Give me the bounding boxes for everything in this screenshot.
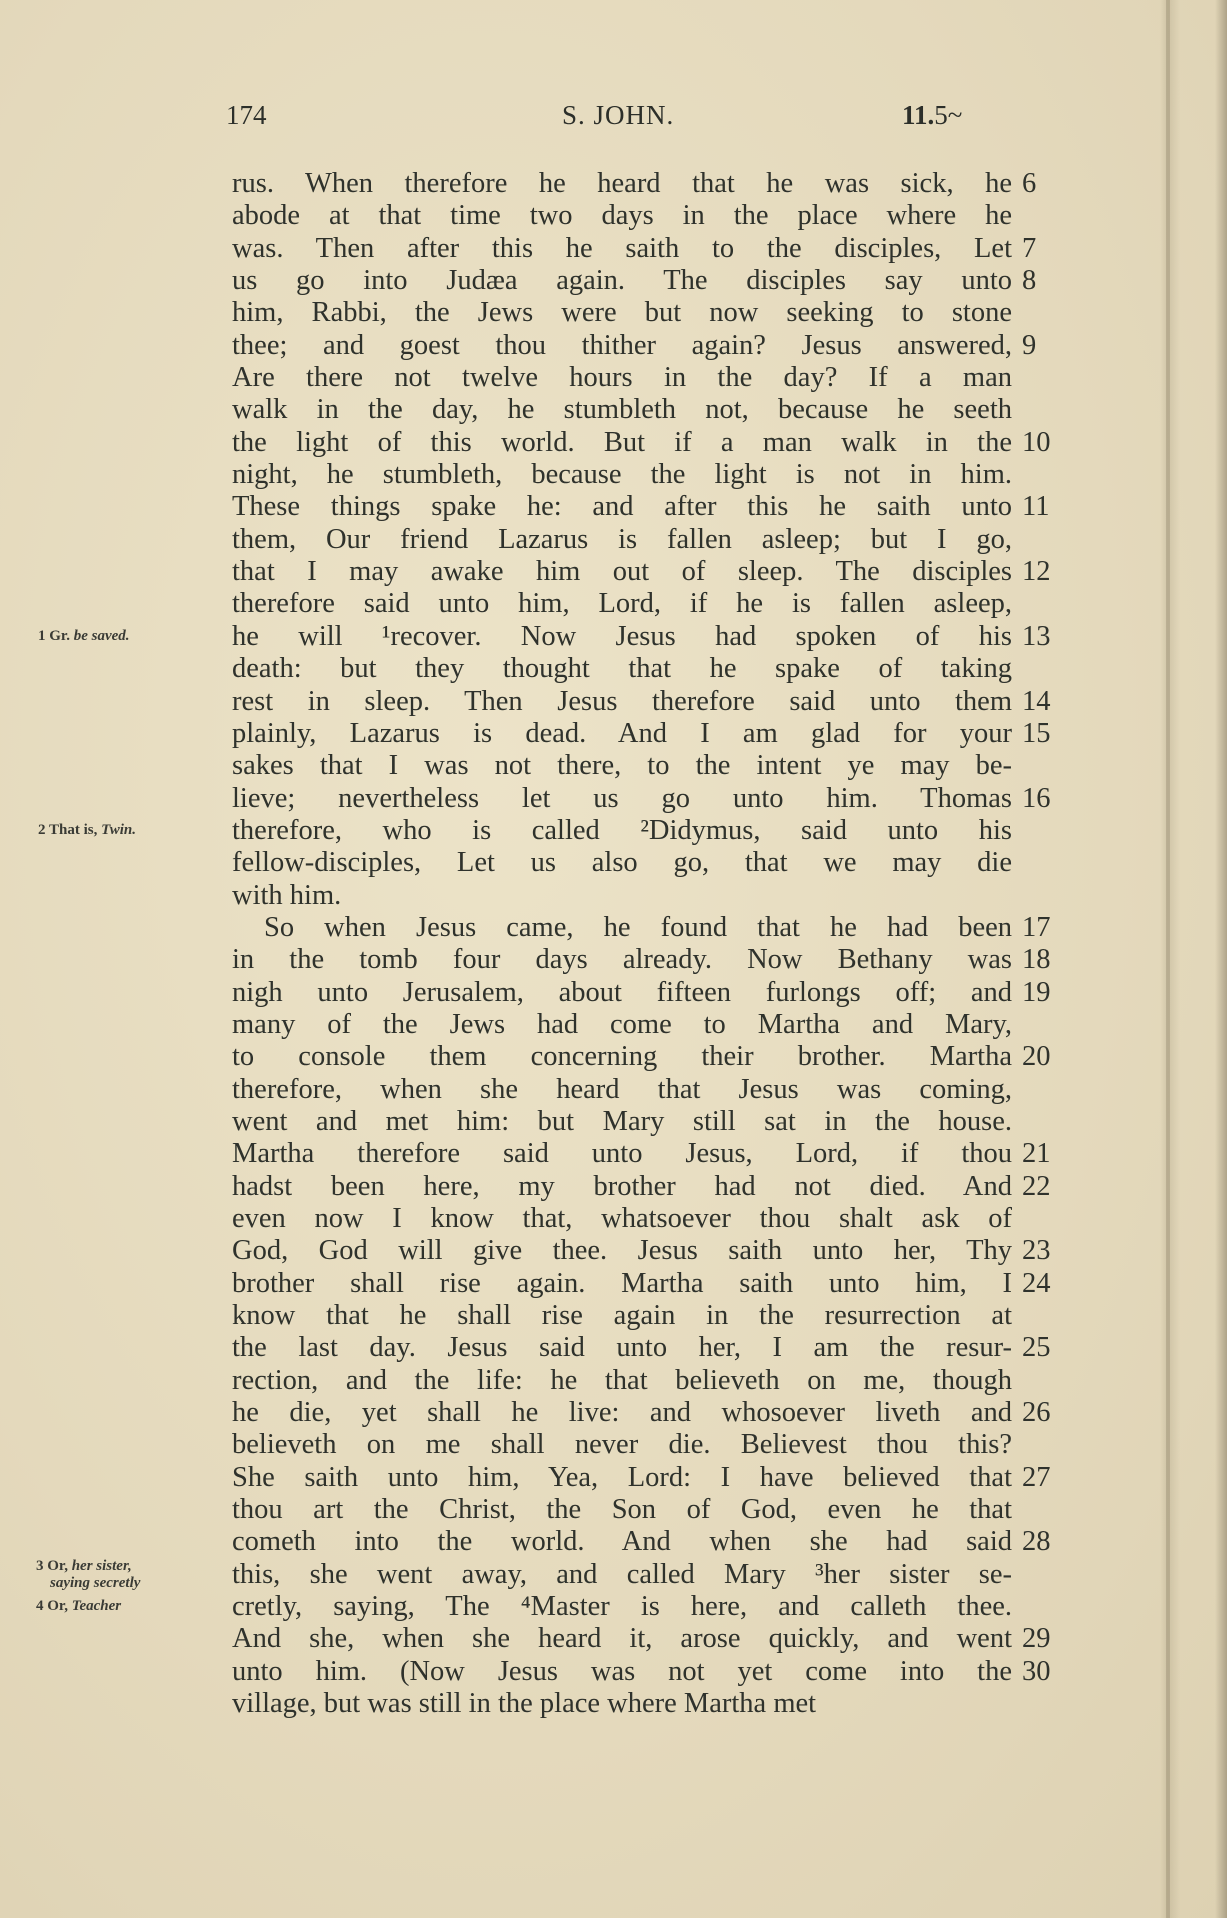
text-line: God, God will give thee. Jesus saith unt… bbox=[232, 1235, 1062, 1267]
running-header: 174 S. JOHN. 11.5~ bbox=[226, 100, 1026, 140]
text-line: lieve; nevertheless let us go unto him. … bbox=[232, 783, 1062, 815]
line-text: went and met him: but Mary still sat in … bbox=[232, 1106, 1012, 1138]
text-line: She saith unto him, Yea, Lord: I have be… bbox=[232, 1462, 1062, 1494]
line-text: rest in sleep. Then Jesus therefore said… bbox=[232, 686, 1012, 718]
line-text: with him. bbox=[232, 880, 1012, 912]
line-text: was. Then after this he saith to the dis… bbox=[232, 233, 1012, 265]
verse-number: 13 bbox=[1022, 621, 1051, 653]
verse-number: 27 bbox=[1022, 1462, 1051, 1494]
text-line: this, she went away, and called Mary ³he… bbox=[232, 1559, 1062, 1591]
verse-number: 26 bbox=[1022, 1397, 1051, 1429]
line-text: them, Our friend Lazarus is fallen aslee… bbox=[232, 524, 1012, 556]
line-text: death: but they thought that he spake of… bbox=[232, 653, 1012, 685]
text-line: unto him. (Now Jesus was not yet come in… bbox=[232, 1656, 1062, 1688]
text-line: sakes that I was not there, to the inten… bbox=[232, 750, 1062, 782]
text-line: These things spake he: and after this he… bbox=[232, 491, 1062, 523]
verse-number: 23 bbox=[1022, 1235, 1051, 1267]
text-line: he die, yet shall he live: and whosoever… bbox=[232, 1397, 1062, 1429]
chapter-verse-reference: 11.5~ bbox=[902, 100, 962, 131]
text-line: cometh into the world. And when she had … bbox=[232, 1526, 1062, 1558]
line-text: village, but was still in the place wher… bbox=[232, 1688, 1012, 1720]
text-line: the light of this world. But if a man wa… bbox=[232, 427, 1062, 459]
text-line: cretly, saying, The ⁴Master is here, and… bbox=[232, 1591, 1062, 1623]
line-text: God, God will give thee. Jesus saith unt… bbox=[232, 1235, 1012, 1267]
text-line: rest in sleep. Then Jesus therefore said… bbox=[232, 686, 1062, 718]
text-line: them, Our friend Lazarus is fallen aslee… bbox=[232, 524, 1062, 556]
text-line: hadst been here, my brother had not died… bbox=[232, 1171, 1062, 1203]
line-text: therefore, who is called ²Didymus, said … bbox=[232, 815, 1012, 847]
chapter-number: 11. bbox=[902, 100, 934, 130]
line-text: thou art the Christ, the Son of God, eve… bbox=[232, 1494, 1012, 1526]
note-prefix: Gr. bbox=[49, 628, 70, 644]
line-text: plainly, Lazarus is dead. And I am glad … bbox=[232, 718, 1012, 750]
line-text: sakes that I was not there, to the inten… bbox=[232, 750, 1012, 782]
verse-number: 12 bbox=[1022, 556, 1051, 588]
text-line: in the tomb four days already. Now Betha… bbox=[232, 944, 1062, 976]
line-text: rection, and the life: he that believeth… bbox=[232, 1365, 1012, 1397]
verse-number: 17 bbox=[1022, 912, 1051, 944]
line-text: believeth on me shall never die. Believe… bbox=[232, 1429, 1012, 1461]
line-text: therefore said unto him, Lord, if he is … bbox=[232, 588, 1012, 620]
text-line: the last day. Jesus said unto her, I am … bbox=[232, 1332, 1062, 1364]
text-line: that I may awake him out of sleep. The d… bbox=[232, 556, 1062, 588]
verse-number: 14 bbox=[1022, 686, 1051, 718]
verse-number: 24 bbox=[1022, 1268, 1051, 1300]
text-line: brother shall rise again. Martha saith u… bbox=[232, 1268, 1062, 1300]
line-text: know that he shall rise again in the res… bbox=[232, 1300, 1012, 1332]
verse-number: 7 bbox=[1022, 233, 1036, 265]
text-line: nigh unto Jerusalem, about fifteen furlo… bbox=[232, 977, 1062, 1009]
note-italic-text: her sister, bbox=[72, 1558, 132, 1574]
margin-note-2: 2 That is, Twin. bbox=[38, 822, 136, 839]
text-line: many of the Jews had come to Martha and … bbox=[232, 1009, 1062, 1041]
text-line: to console them concerning their brother… bbox=[232, 1041, 1062, 1073]
text-line: village, but was still in the place wher… bbox=[232, 1688, 1062, 1720]
margin-note-1: 1 Gr. be saved. bbox=[38, 628, 130, 645]
text-line: us go into Judæa again. The disciples sa… bbox=[232, 265, 1062, 297]
text-line: therefore, who is called ²Didymus, said … bbox=[232, 815, 1062, 847]
line-text: even now I know that, whatsoever thou sh… bbox=[232, 1203, 1012, 1235]
line-text: unto him. (Now Jesus was not yet come in… bbox=[232, 1656, 1012, 1688]
verse-number: 10 bbox=[1022, 427, 1051, 459]
text-line: Are there not twelve hours in the day? I… bbox=[232, 362, 1062, 394]
line-text: And she, when she heard it, arose quickl… bbox=[232, 1623, 1012, 1655]
text-line: thee; and goest thou thither again? Jesu… bbox=[232, 330, 1062, 362]
text-line: thou art the Christ, the Son of God, eve… bbox=[232, 1494, 1062, 1526]
text-line: abode at that time two days in the place… bbox=[232, 200, 1062, 232]
text-line: night, he stumbleth, because the light i… bbox=[232, 459, 1062, 491]
verse-number: 21 bbox=[1022, 1138, 1051, 1170]
line-text: night, he stumbleth, because the light i… bbox=[232, 459, 1012, 491]
line-text: us go into Judæa again. The disciples sa… bbox=[232, 265, 1012, 297]
verse-start: 5 bbox=[934, 100, 948, 130]
verse-number: 22 bbox=[1022, 1171, 1051, 1203]
line-text: thee; and goest thou thither again? Jesu… bbox=[232, 330, 1012, 362]
verse-number: 18 bbox=[1022, 944, 1051, 976]
line-text: cometh into the world. And when she had … bbox=[232, 1526, 1012, 1558]
margin-note-3: 3 Or, her sister,saying secretly bbox=[36, 1558, 140, 1591]
verse-number: 20 bbox=[1022, 1041, 1051, 1073]
text-line: believeth on me shall never die. Believe… bbox=[232, 1429, 1062, 1461]
line-text: in the tomb four days already. Now Betha… bbox=[232, 944, 1012, 976]
text-line: with him. bbox=[232, 880, 1062, 912]
verse-range-mark: ~ bbox=[948, 100, 963, 130]
text-line: went and met him: but Mary still sat in … bbox=[232, 1106, 1062, 1138]
verse-number: 9 bbox=[1022, 330, 1036, 362]
text-line: death: but they thought that he spake of… bbox=[232, 653, 1062, 685]
text-line: therefore said unto him, Lord, if he is … bbox=[232, 588, 1062, 620]
line-text: many of the Jews had come to Martha and … bbox=[232, 1009, 1012, 1041]
text-line: him, Rabbi, the Jews were but now seekin… bbox=[232, 297, 1062, 329]
line-text: the last day. Jesus said unto her, I am … bbox=[232, 1332, 1012, 1364]
line-text: hadst been here, my brother had not died… bbox=[232, 1171, 1012, 1203]
line-text: She saith unto him, Yea, Lord: I have be… bbox=[232, 1462, 1012, 1494]
book-title: S. JOHN. bbox=[562, 100, 674, 131]
text-line: plainly, Lazarus is dead. And I am glad … bbox=[232, 718, 1062, 750]
body-text: rus. When therefore he heard that he was… bbox=[232, 168, 1062, 1721]
verse-number: 6 bbox=[1022, 168, 1036, 200]
verse-number: 8 bbox=[1022, 265, 1036, 297]
text-line: was. Then after this he saith to the dis… bbox=[232, 233, 1062, 265]
text-line: even now I know that, whatsoever thou sh… bbox=[232, 1203, 1062, 1235]
line-text: Are there not twelve hours in the day? I… bbox=[232, 362, 1012, 394]
note-italic-text: Teacher bbox=[72, 1598, 121, 1614]
line-text: nigh unto Jerusalem, about fifteen furlo… bbox=[232, 977, 1012, 1009]
line-text: rus. When therefore he heard that he was… bbox=[232, 168, 1012, 200]
text-line: he will ¹recover. Now Jesus had spoken o… bbox=[232, 621, 1062, 653]
note-italic-text: Twin. bbox=[101, 822, 136, 838]
book-page: 174 S. JOHN. 11.5~ rus. When therefore h… bbox=[0, 0, 1227, 1918]
verse-number: 29 bbox=[1022, 1623, 1051, 1655]
line-text: he will ¹recover. Now Jesus had spoken o… bbox=[232, 621, 1012, 653]
line-text: that I may awake him out of sleep. The d… bbox=[232, 556, 1012, 588]
line-text: the light of this world. But if a man wa… bbox=[232, 427, 1012, 459]
line-text: therefore, when she heard that Jesus was… bbox=[232, 1074, 1012, 1106]
verse-number: 15 bbox=[1022, 718, 1051, 750]
text-line: So when Jesus came, he found that he had… bbox=[232, 912, 1062, 944]
verse-number: 28 bbox=[1022, 1526, 1051, 1558]
line-text: to console them concerning their brother… bbox=[232, 1041, 1012, 1073]
note-number: 4 bbox=[36, 1598, 44, 1614]
text-line: And she, when she heard it, arose quickl… bbox=[232, 1623, 1062, 1655]
line-text: These things spake he: and after this he… bbox=[232, 491, 1012, 523]
line-text: abode at that time two days in the place… bbox=[232, 200, 1012, 232]
text-line: Martha therefore said unto Jesus, Lord, … bbox=[232, 1138, 1062, 1170]
verse-number: 19 bbox=[1022, 977, 1051, 1009]
line-text: lieve; nevertheless let us go unto him. … bbox=[232, 783, 1012, 815]
page-number: 174 bbox=[226, 100, 267, 131]
note-continuation: saying secretly bbox=[50, 1575, 140, 1591]
note-italic-text: be saved. bbox=[74, 628, 130, 644]
text-line: therefore, when she heard that Jesus was… bbox=[232, 1074, 1062, 1106]
note-prefix: Or, bbox=[47, 1558, 68, 1574]
verse-number: 30 bbox=[1022, 1656, 1051, 1688]
note-number: 1 bbox=[38, 628, 46, 644]
line-text: cretly, saying, The ⁴Master is here, and… bbox=[232, 1591, 1012, 1623]
note-number: 3 bbox=[36, 1558, 44, 1574]
line-text: he die, yet shall he live: and whosoever… bbox=[232, 1397, 1012, 1429]
note-prefix: That is, bbox=[49, 822, 97, 838]
page-gutter-shadow bbox=[1166, 0, 1170, 1918]
text-line: know that he shall rise again in the res… bbox=[232, 1300, 1062, 1332]
verse-number: 25 bbox=[1022, 1332, 1051, 1364]
verse-number: 11 bbox=[1022, 491, 1049, 523]
line-text: him, Rabbi, the Jews were but now seekin… bbox=[232, 297, 1012, 329]
line-text: fellow-disciples, Let us also go, that w… bbox=[232, 847, 1012, 879]
line-text: walk in the day, he stumbleth not, becau… bbox=[232, 394, 1012, 426]
text-line: rection, and the life: he that believeth… bbox=[232, 1365, 1062, 1397]
line-text: this, she went away, and called Mary ³he… bbox=[232, 1559, 1012, 1591]
note-number: 2 bbox=[38, 822, 46, 838]
line-text: brother shall rise again. Martha saith u… bbox=[232, 1268, 1012, 1300]
note-prefix: Or, bbox=[47, 1598, 68, 1614]
line-text: Martha therefore said unto Jesus, Lord, … bbox=[232, 1138, 1012, 1170]
margin-note-4: 4 Or, Teacher bbox=[36, 1598, 121, 1615]
text-line: walk in the day, he stumbleth not, becau… bbox=[232, 394, 1062, 426]
verse-number: 16 bbox=[1022, 783, 1051, 815]
text-line: rus. When therefore he heard that he was… bbox=[232, 168, 1062, 200]
text-line: fellow-disciples, Let us also go, that w… bbox=[232, 847, 1062, 879]
line-text: So when Jesus came, he found that he had… bbox=[264, 912, 1012, 944]
